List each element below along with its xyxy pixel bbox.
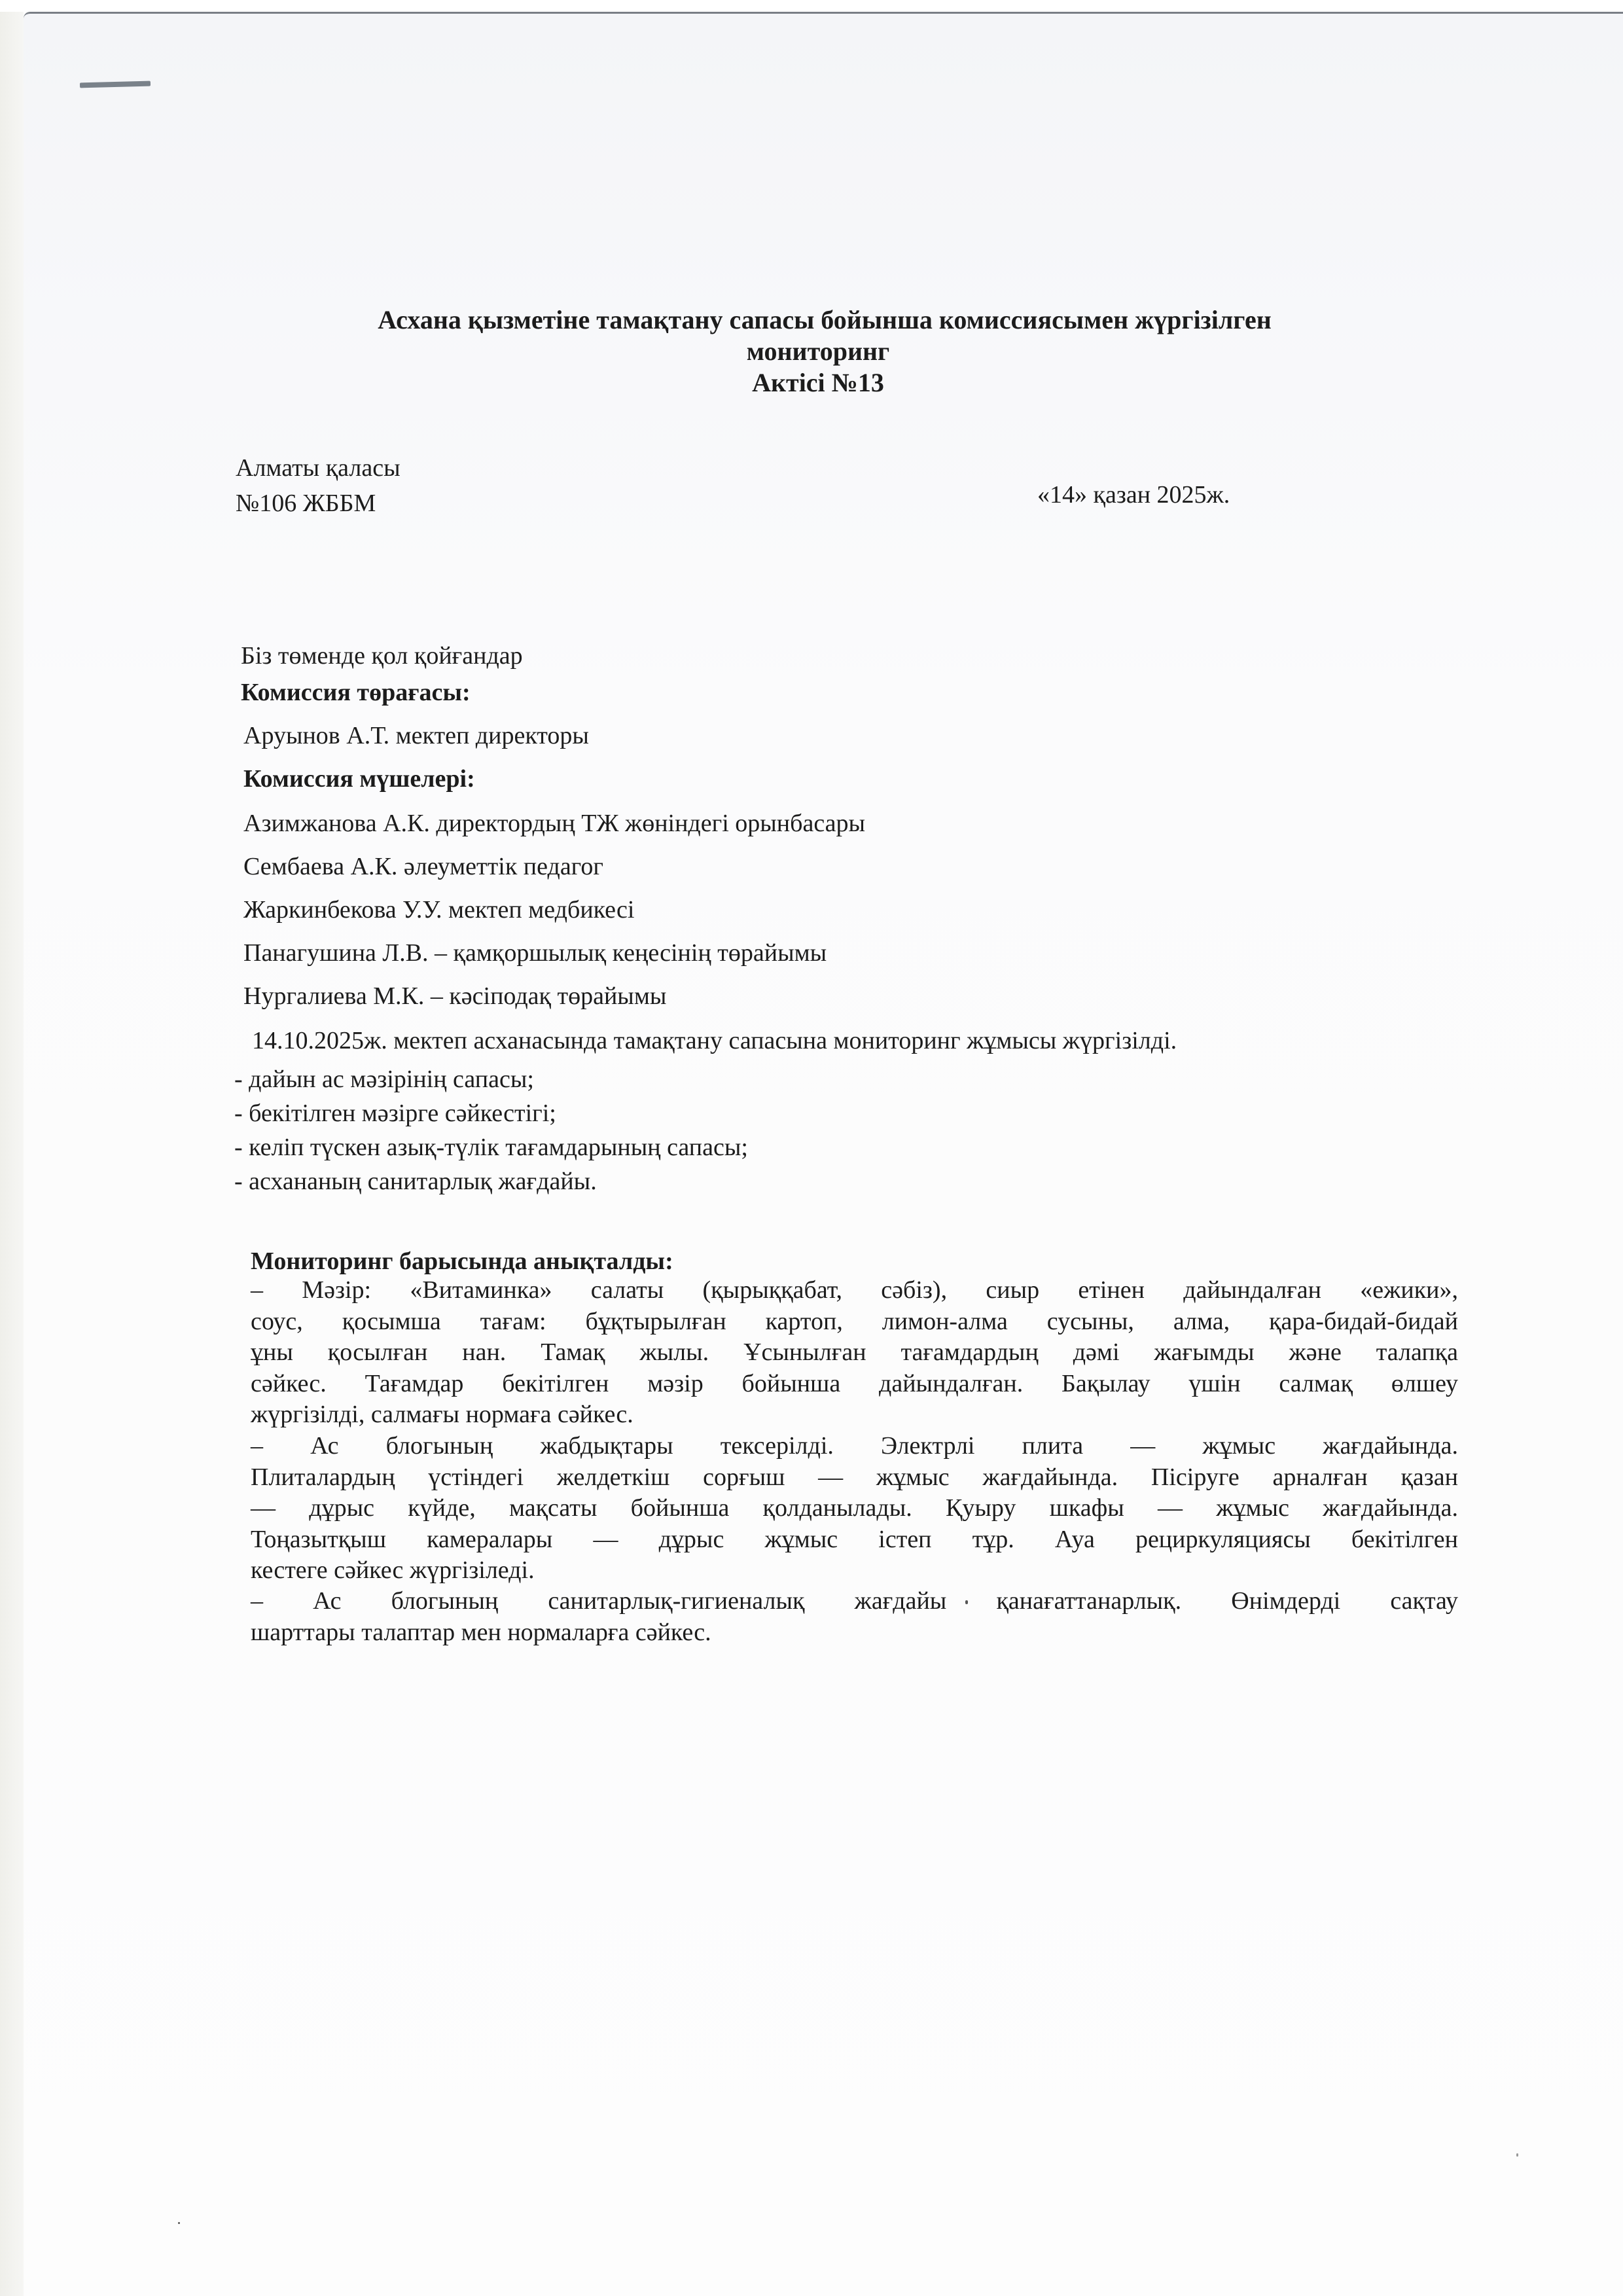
chair-name: Аруынов А.Т. мектеп директоры: [243, 721, 589, 750]
member-item: Панагушина Л.В. – қамқоршылық кеңесінің …: [243, 939, 827, 967]
chair-label: Комиссия төрағасы:: [241, 678, 471, 707]
checklist-item: - бекітілген мәзірге сәйкестігі;: [234, 1099, 556, 1128]
scan-speck: [965, 1600, 968, 1604]
member-item: Нургалиева М.К. – кәсіподақ төрайымы: [243, 982, 666, 1011]
paragraph-line: Тоңазытқыш камералары — дұрыс жұмыс істе…: [251, 1524, 1458, 1556]
paragraph-line: — дұрыс күйде, мақсаты бойынша қолданыла…: [251, 1493, 1458, 1524]
paragraph-line: – Мәзір: «Витаминка» салаты (қырыққабат,…: [251, 1275, 1458, 1306]
signed-intro: Біз төменде қол қойғандар: [241, 641, 523, 670]
paragraph-line: сәйкес. Тағамдар бекітілген мәзір бойынш…: [251, 1369, 1458, 1400]
paragraph-line: – Ас блогының санитарлық-гигиеналық жағд…: [251, 1586, 1458, 1617]
checklist-item: - келіп түскен азық-түлік тағамдарының с…: [234, 1133, 748, 1162]
document-title: Асхана қызметіне тамақтану сапасы бойынш…: [196, 304, 1440, 399]
paragraph-line: жүргізілді, салмағы нормаға сәйкес.: [251, 1399, 1458, 1431]
member-item: Сембаева А.К. әлеуметтік педагог: [243, 852, 603, 881]
document-date: «14» қазан 2025ж.: [1037, 480, 1230, 509]
title-line-2: мониторинг: [196, 336, 1440, 367]
paragraph-line: – Ас блогының жабдықтары тексерілді. Эле…: [251, 1431, 1458, 1462]
scan-speck: [1516, 2153, 1518, 2157]
members-label: Комиссия мүшелері:: [243, 764, 475, 793]
staple-mark: [80, 81, 151, 88]
paragraph-line: кестеге сәйкес жүргізіледі.: [251, 1555, 1458, 1587]
paragraph-line: ұны қосылған нан. Тамақ жылы. Ұсынылған …: [251, 1337, 1458, 1369]
member-item: Жаркинбекова У.У. мектеп медбикесі: [243, 895, 634, 924]
title-line-1: Асхана қызметіне тамақтану сапасы бойынш…: [196, 304, 1440, 336]
scan-speck: [178, 2222, 180, 2224]
findings-label: Мониторинг барысында анықталды:: [251, 1247, 673, 1276]
city-label: Алматы қаласы: [236, 454, 401, 482]
findings-paragraph-menu: – Мәзір: «Витаминка» салаты (қырыққабат,…: [251, 1275, 1458, 1431]
monitoring-intro: 14.10.2025ж. мектеп асханасында тамақтан…: [252, 1026, 1177, 1055]
paragraph-line: Плиталардың үстіндегі желдеткіш сорғыш —…: [251, 1462, 1458, 1494]
title-act-number: Актісі №13: [196, 367, 1440, 399]
checklist-item: - дайын ас мәзірінің сапасы;: [234, 1065, 534, 1094]
findings-paragraph-sanitary: – Ас блогының санитарлық-гигиеналық жағд…: [251, 1586, 1458, 1648]
paragraph-line: шарттары талаптар мен нормаларға сәйкес.: [251, 1617, 1458, 1649]
scan-left-edge: [0, 12, 24, 2296]
checklist-item: - асхананың санитарлық жағдайы.: [234, 1167, 597, 1196]
findings-paragraph-equipment: – Ас блогының жабдықтары тексерілді. Эле…: [251, 1431, 1458, 1587]
school-label: №106 ЖББМ: [236, 489, 376, 518]
member-item: Азимжанова А.К. директордың ТЖ жөніндегі…: [243, 809, 865, 838]
paragraph-line: соус, қосымша тағам: бұқтырылған картоп,…: [251, 1306, 1458, 1338]
scan-top-margin: [0, 0, 1623, 12]
